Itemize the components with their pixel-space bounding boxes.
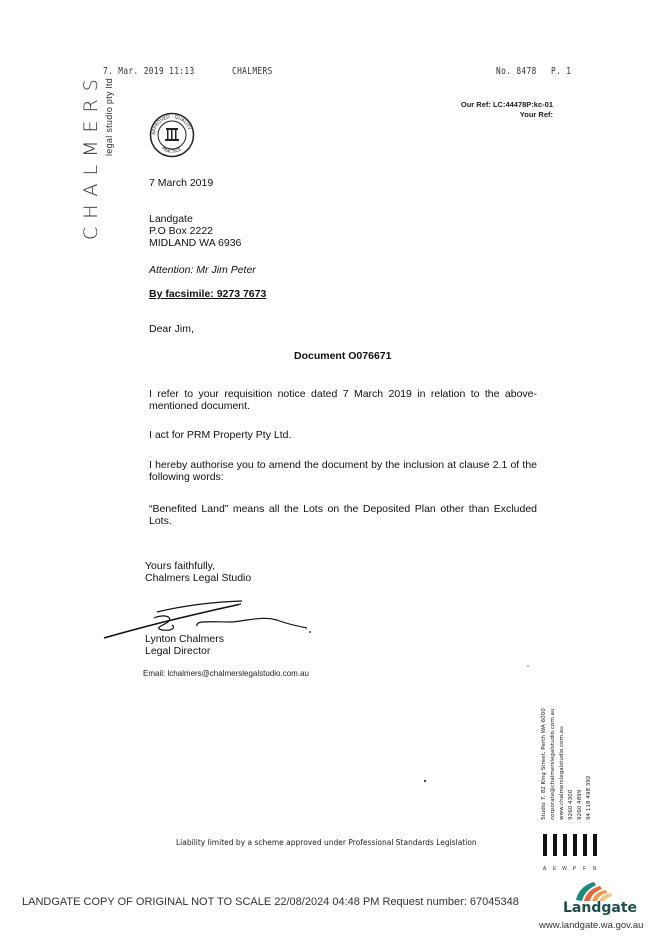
bar-marker [543,834,547,856]
signatory-title: Legal Director [145,645,224,657]
scan-speck [527,665,529,667]
bar-marker [593,834,597,856]
paragraph: “Benefited Land” means all the Lots on t… [149,503,537,527]
brand-name: CHALMERS [80,71,102,240]
attention-line: Attention: Mr Jim Peter [149,264,256,276]
landgate-brand: Landgate [563,900,637,916]
bar-letter: F [582,866,587,872]
bar-letter: W [562,866,567,872]
contact-email: corporate@chalmerslegalstudio.com.au [549,708,558,820]
bar-letter: P [572,866,577,872]
salutation: Dear Jim, [149,323,194,335]
bar-marker [583,834,587,856]
side-contact-block: Studio 7, 82 King Street, Perth WA 6000 … [540,708,594,820]
contact-website: www.chalmerslegalstudio.com.au [558,708,567,820]
landgate-url[interactable]: www.landgate.wa.gov.au [539,920,643,931]
signatory-block: Lynton Chalmers Legal Director [145,633,224,657]
firm-name: Chalmers Legal Studio [145,572,251,584]
landgate-copy-stamp: LANDGATE COPY OF ORIGINAL NOT TO SCALE 2… [22,896,519,908]
fax-datetime: 7. Mar. 2019 11:13 [103,66,195,77]
fax-sender: CHALMERS [232,66,273,77]
paragraph: I refer to your requisition notice dated… [149,388,537,412]
email-line: Email: lchalmers@chalmerslegalstudio.com… [143,669,309,678]
subject-line: Document O076671 [294,350,391,362]
bar-letter: N [592,866,597,872]
recipient-address: Landgate P.O Box 2222 MIDLAND WA 6936 [149,213,241,249]
bar-letter: A [542,866,547,872]
letter-date: 7 March 2019 [149,177,213,189]
contact-phone: 9260 4300 [567,708,576,820]
contact-fax: 9260 4899 [576,708,585,820]
bar-marker [553,834,557,856]
letterhead-brand: CHALMERS legal studio pty ltd [80,71,102,240]
brand-subtitle: legal studio pty ltd [104,78,114,156]
recipient-line: P.O Box 2222 [149,225,241,237]
your-ref: Your Ref: [461,110,553,120]
our-ref: Our Ref: LC:44478P:kc-01 [461,100,553,110]
fax-number: No. 8478 [496,66,537,77]
scan-speck [424,780,426,782]
contact-address: Studio 7, 82 King Street, Perth WA 6000 [540,708,549,820]
paragraph: I hereby authorise you to amend the docu… [149,459,537,483]
reference-block: Our Ref: LC:44478P:kc-01 Your Ref: [461,100,553,120]
facsimile-line: By facsimile: 9273 7673 [149,288,266,300]
approved-quality-practice-seal-icon: APPROVED · QUALITY PRACTICE [149,112,195,158]
closing-block: Yours faithfully, Chalmers Legal Studio [145,560,251,584]
paragraph: I act for PRM Property Pty Ltd. [149,429,537,441]
recipient-line: MIDLAND WA 6936 [149,237,241,249]
signatory-name: Lynton Chalmers [145,633,224,645]
liability-statement: Liability limited by a scheme approved u… [176,838,477,847]
recipient-line: Landgate [149,213,241,225]
contact-abn: 94 118 498 392 [585,708,594,820]
closing: Yours faithfully, [145,560,251,572]
fax-page: P. 1 [551,66,571,77]
bar-letter-row: A E W P F N [542,866,597,872]
contact-bars [543,834,597,856]
bar-marker [573,834,577,856]
bar-marker [563,834,567,856]
bar-letter: E [552,866,557,872]
